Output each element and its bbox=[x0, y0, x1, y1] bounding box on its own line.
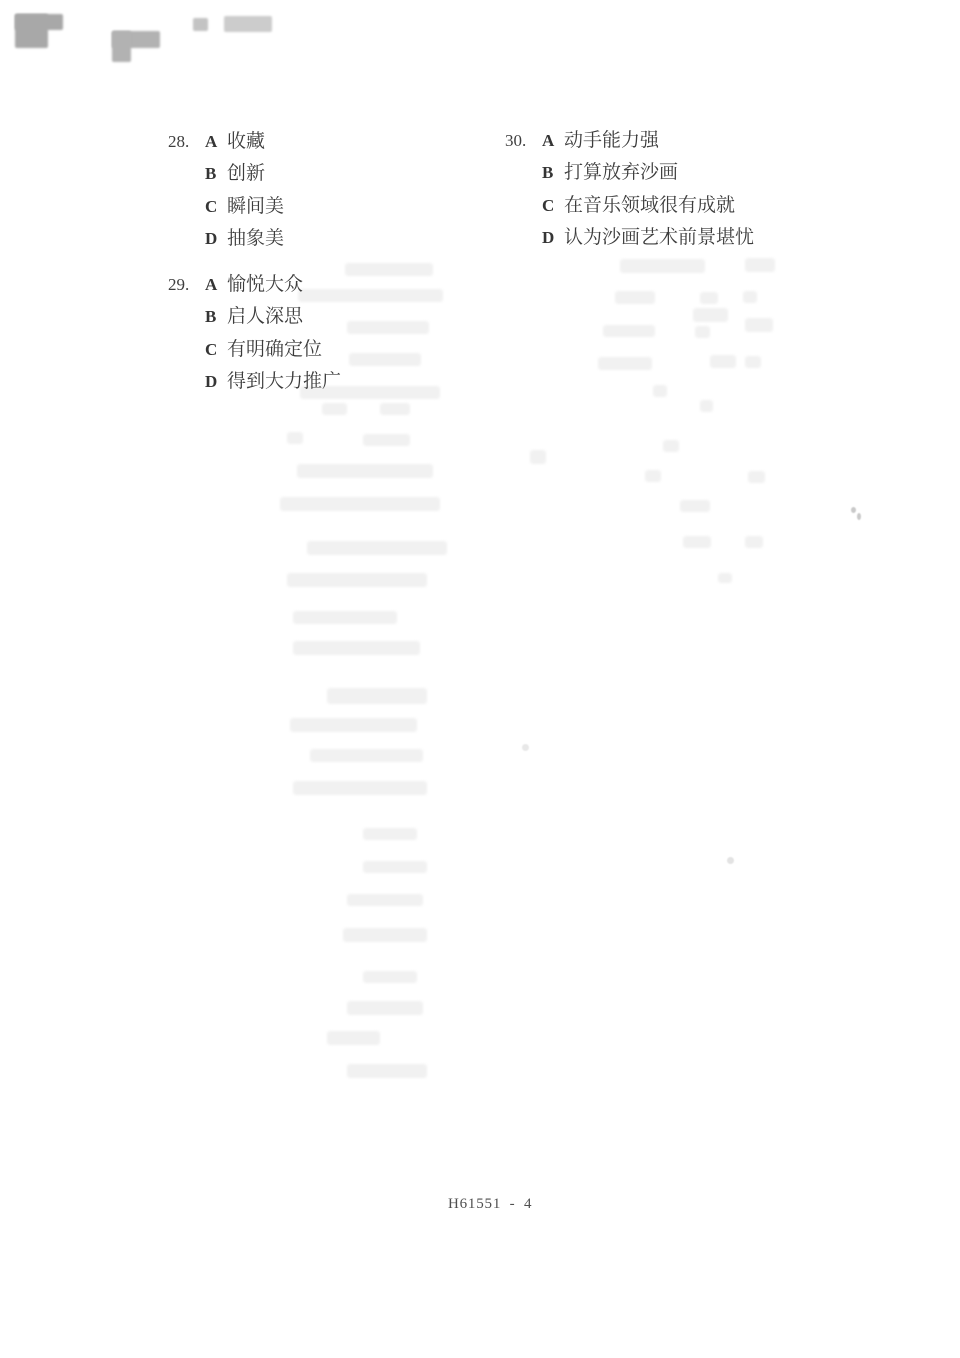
ghost-text-artifact bbox=[287, 573, 427, 587]
ghost-text-artifact bbox=[748, 471, 765, 483]
option-row: C瞬间美 bbox=[168, 191, 284, 223]
ghost-text-artifact bbox=[700, 400, 713, 412]
ghost-text-artifact bbox=[327, 1031, 380, 1045]
ink-speck bbox=[857, 513, 861, 520]
ghost-text-artifact bbox=[287, 432, 303, 444]
ghost-text-artifact bbox=[327, 688, 427, 704]
ghost-text-artifact bbox=[322, 403, 347, 415]
ghost-text-artifact bbox=[363, 828, 417, 840]
ghost-text-artifact bbox=[343, 928, 427, 942]
ghost-text-artifact bbox=[645, 470, 661, 482]
ink-speck bbox=[727, 857, 734, 864]
option-text: 启人深思 bbox=[227, 306, 303, 327]
option-row: B打算放弃沙画 bbox=[505, 157, 754, 189]
question-28: 28.A收藏 B创新 C瞬间美 D抽象美 bbox=[168, 126, 284, 256]
ghost-text-artifact bbox=[380, 403, 410, 415]
option-letter: A bbox=[542, 125, 564, 157]
ghost-text-artifact bbox=[293, 611, 397, 624]
question-number: 28. bbox=[168, 126, 205, 158]
option-row: B启人深思 bbox=[168, 301, 341, 333]
smudge-artifact bbox=[193, 18, 208, 31]
option-text: 动手能力强 bbox=[564, 130, 659, 151]
ghost-text-artifact bbox=[290, 718, 417, 732]
ghost-text-artifact bbox=[620, 259, 705, 273]
smudge-artifact bbox=[112, 31, 131, 62]
option-text: 收藏 bbox=[227, 131, 265, 152]
ghost-text-artifact bbox=[683, 536, 711, 548]
smudge-artifact bbox=[15, 14, 48, 48]
ghost-text-artifact bbox=[700, 292, 718, 304]
ghost-text-artifact bbox=[695, 326, 710, 338]
ink-speck bbox=[522, 744, 529, 751]
ghost-text-artifact bbox=[307, 541, 447, 555]
ghost-text-artifact bbox=[293, 781, 427, 795]
ghost-text-artifact bbox=[347, 1064, 427, 1078]
ghost-text-artifact bbox=[743, 291, 757, 303]
option-row: 30.A动手能力强 bbox=[505, 125, 754, 157]
option-text: 有明确定位 bbox=[227, 339, 322, 360]
ghost-text-artifact bbox=[615, 291, 655, 304]
option-text: 创新 bbox=[227, 163, 265, 184]
option-row: D得到大力推广 bbox=[168, 366, 341, 398]
ghost-text-artifact bbox=[297, 464, 433, 478]
question-number: 29. bbox=[168, 269, 205, 301]
question-29: 29.A愉悦大众 B启人深思 C有明确定位 D得到大力推广 bbox=[168, 269, 341, 399]
option-row: C有明确定位 bbox=[168, 334, 341, 366]
smudge-artifact bbox=[224, 16, 272, 32]
option-text: 愉悦大众 bbox=[227, 274, 303, 295]
option-row: D认为沙画艺术前景堪忧 bbox=[505, 222, 754, 254]
option-row: C在音乐领域很有成就 bbox=[505, 190, 754, 222]
ghost-text-artifact bbox=[745, 258, 775, 272]
option-row: 28.A收藏 bbox=[168, 126, 284, 158]
question-number: 30. bbox=[505, 125, 542, 157]
ghost-text-artifact bbox=[603, 325, 655, 337]
ghost-text-artifact bbox=[680, 500, 710, 512]
option-row: 29.A愉悦大众 bbox=[168, 269, 341, 301]
option-letter: D bbox=[205, 366, 227, 398]
ghost-text-artifact bbox=[745, 318, 773, 332]
question-30: 30.A动手能力强 B打算放弃沙画 C在音乐领域很有成就 D认为沙画艺术前景堪忧 bbox=[505, 125, 754, 255]
ghost-text-artifact bbox=[663, 440, 679, 452]
option-text: 抽象美 bbox=[227, 228, 284, 249]
ghost-text-artifact bbox=[530, 450, 546, 464]
option-row: B创新 bbox=[168, 158, 284, 190]
option-text: 瞬间美 bbox=[227, 196, 284, 217]
option-letter: C bbox=[205, 191, 227, 223]
ghost-text-artifact bbox=[280, 497, 440, 511]
ghost-text-artifact bbox=[293, 641, 420, 655]
option-text: 认为沙画艺术前景堪忧 bbox=[564, 227, 754, 248]
ghost-text-artifact bbox=[598, 357, 652, 370]
ghost-text-artifact bbox=[345, 263, 433, 276]
ghost-text-artifact bbox=[347, 321, 429, 334]
ghost-text-artifact bbox=[653, 385, 667, 397]
option-letter: B bbox=[205, 301, 227, 333]
option-letter: B bbox=[205, 158, 227, 190]
option-letter: C bbox=[205, 334, 227, 366]
ink-speck bbox=[851, 507, 856, 513]
ghost-text-artifact bbox=[718, 573, 732, 583]
ghost-text-artifact bbox=[745, 356, 761, 368]
option-letter: A bbox=[205, 269, 227, 301]
option-letter: D bbox=[542, 222, 564, 254]
option-text: 得到大力推广 bbox=[227, 371, 341, 392]
option-letter: A bbox=[205, 126, 227, 158]
page-footer-code: H61551 - 4 bbox=[448, 1196, 532, 1213]
ghost-text-artifact bbox=[363, 971, 417, 983]
option-row: D抽象美 bbox=[168, 223, 284, 255]
ghost-text-artifact bbox=[310, 749, 423, 762]
ghost-text-artifact bbox=[347, 1001, 423, 1015]
ghost-text-artifact bbox=[693, 308, 728, 322]
ghost-text-artifact bbox=[363, 434, 410, 446]
ghost-text-artifact bbox=[745, 536, 763, 548]
option-text: 在音乐领域很有成就 bbox=[564, 195, 735, 216]
scanned-exam-page: 28.A收藏 B创新 C瞬间美 D抽象美 29.A愉悦大众 B启人深思 C有明确… bbox=[0, 0, 960, 1358]
option-letter: B bbox=[542, 157, 564, 189]
option-letter: C bbox=[542, 190, 564, 222]
option-letter: D bbox=[205, 223, 227, 255]
ghost-text-artifact bbox=[363, 861, 427, 873]
option-text: 打算放弃沙画 bbox=[564, 162, 678, 183]
ghost-text-artifact bbox=[349, 353, 421, 366]
ghost-text-artifact bbox=[347, 894, 423, 906]
ghost-text-artifact bbox=[710, 355, 736, 368]
